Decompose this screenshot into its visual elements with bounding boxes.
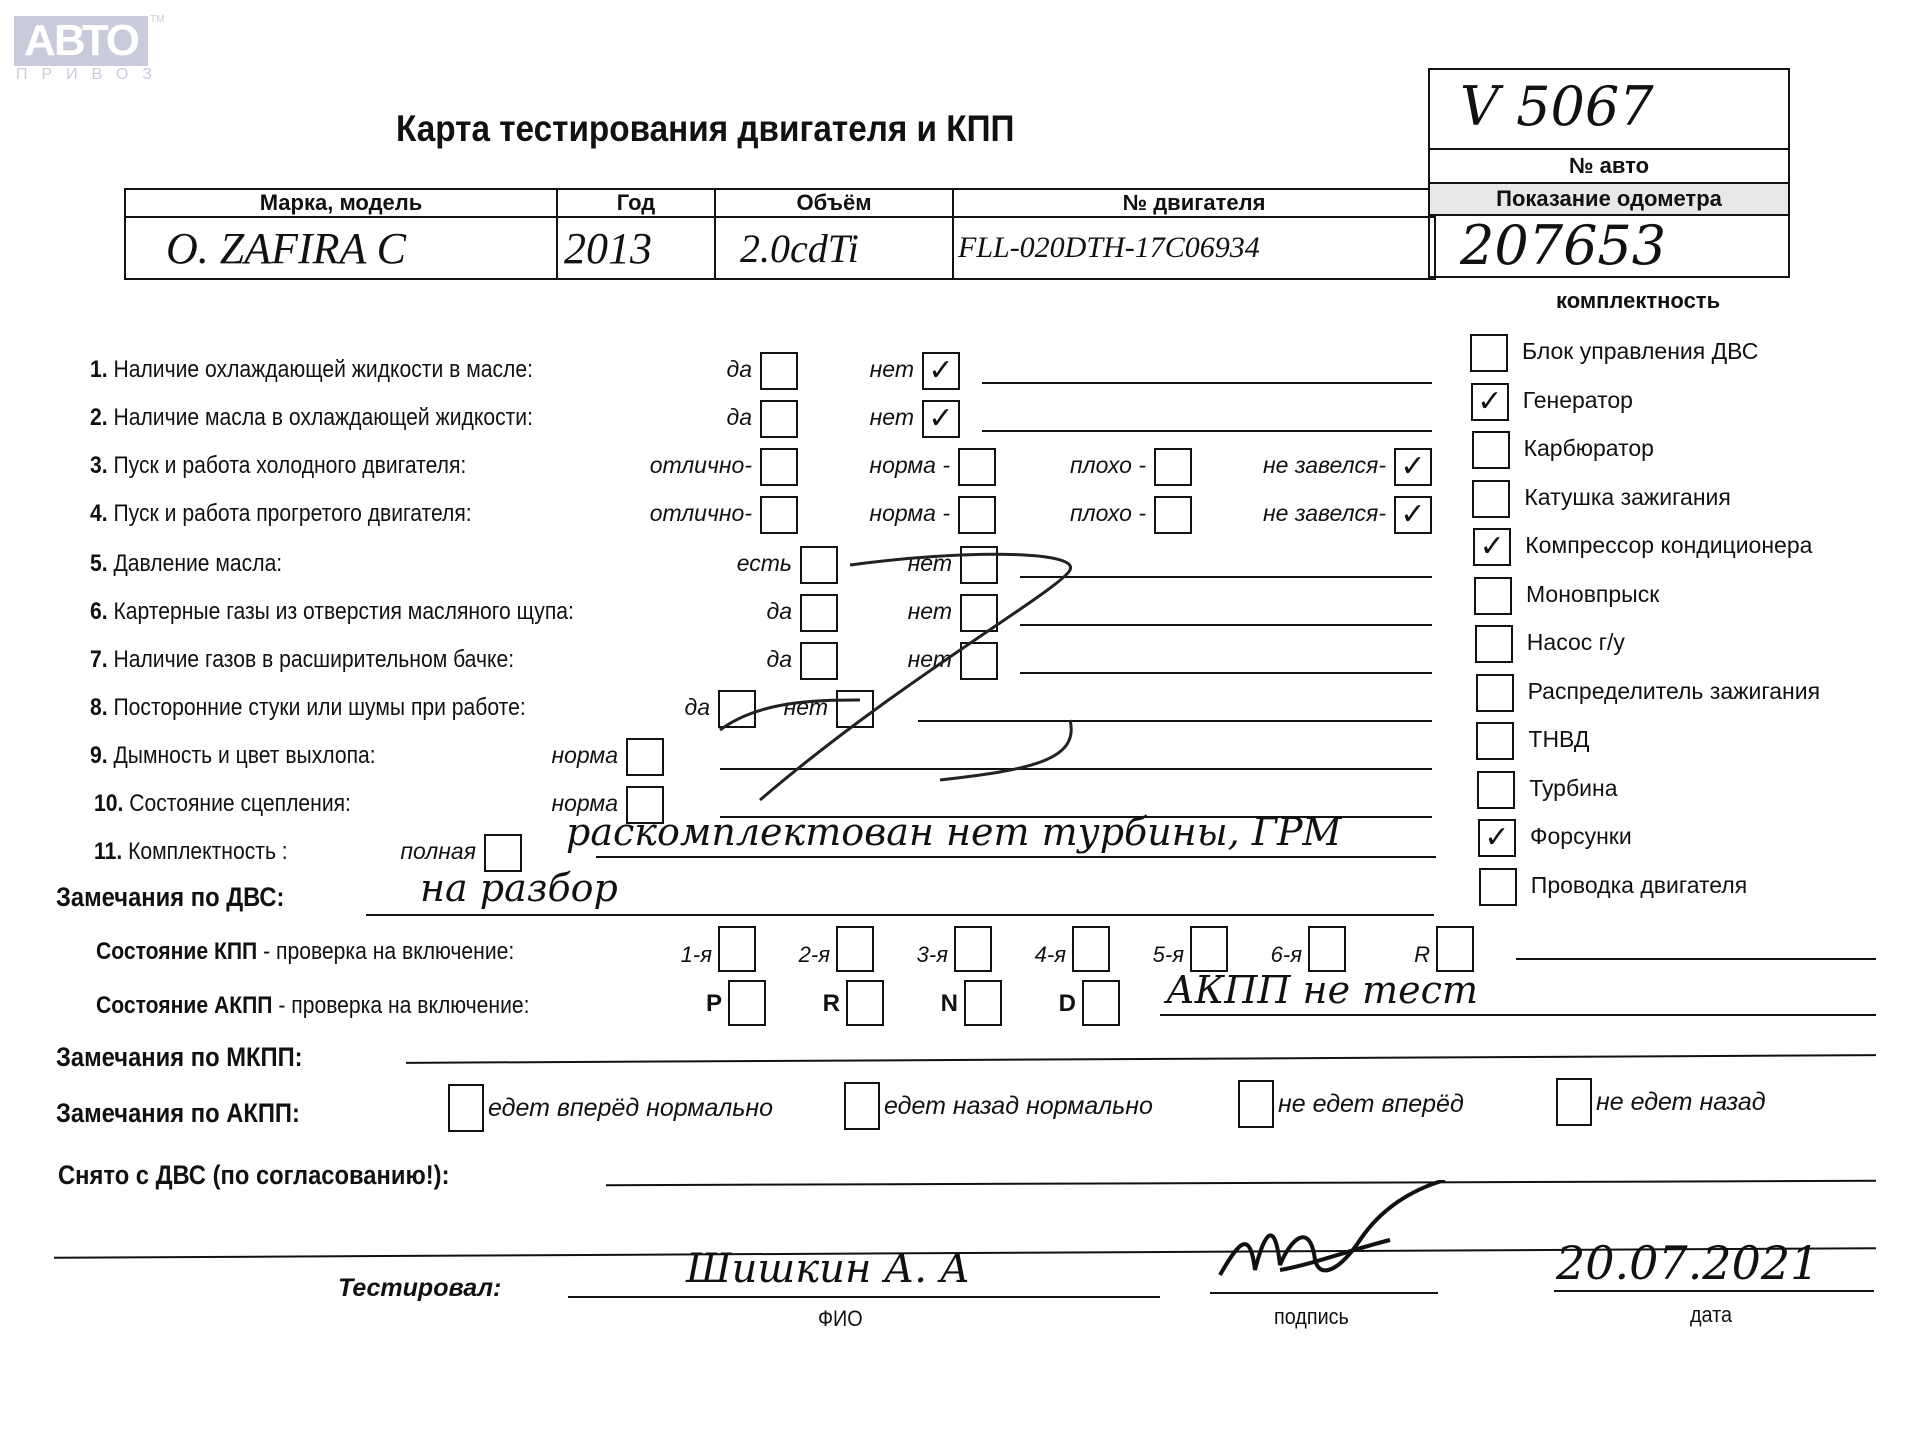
position-checkbox-3[interactable] xyxy=(964,980,1002,1026)
check-label-2: 2. Наличие масла в охлаждающей жидкости: xyxy=(90,404,533,432)
gear-label: 2-я xyxy=(799,942,830,968)
checkbox-1-1[interactable] xyxy=(760,352,798,390)
check-text: Комплектность : xyxy=(128,838,288,865)
make-model-field[interactable]: O. ZAFIRA C xyxy=(125,217,557,279)
signature-line xyxy=(1210,1292,1438,1294)
auto-remark-checkbox-2[interactable] xyxy=(844,1082,880,1130)
checkbox-4-4[interactable]: ✓ xyxy=(1394,496,1432,534)
position-checkbox-2[interactable] xyxy=(846,980,884,1026)
gear-checkbox-4[interactable] xyxy=(1072,926,1110,972)
auto-gearbox-label: Состояние АКПП - проверка на включение: xyxy=(96,992,529,1020)
completeness-item-label: Генератор xyxy=(1523,387,1633,414)
manual-gearbox-label: Состояние КПП - проверка на включение: xyxy=(96,938,514,966)
engine-remarks-label: Замечания по ДВС: xyxy=(56,882,284,913)
option-label: нет xyxy=(870,356,914,383)
gear-label: 4-я xyxy=(1035,942,1066,968)
gear-label: 6-я xyxy=(1271,942,1302,968)
completeness-checkbox-2[interactable]: ✓ xyxy=(1471,383,1509,421)
option-label: плохо - xyxy=(1070,452,1146,479)
completeness-item-label: Насос г/у xyxy=(1527,629,1625,656)
gear-label: 1-я xyxy=(681,942,712,968)
car-number-field[interactable]: V 5067 xyxy=(1430,70,1788,150)
completeness-item-label: Катушка зажигания xyxy=(1524,484,1730,511)
manual-remarks-line[interactable] xyxy=(406,1054,1876,1064)
check-text: Давление масла: xyxy=(113,550,282,577)
completeness-checkbox-3[interactable] xyxy=(1472,431,1510,469)
option-label: не завелся- xyxy=(1263,500,1386,527)
completeness-note-line xyxy=(596,856,1436,858)
completeness-item-label: Форсунки xyxy=(1530,823,1632,850)
checkbox-3-1[interactable] xyxy=(760,448,798,486)
option-label: нет xyxy=(870,404,914,431)
completeness-checkbox-11[interactable]: ✓ xyxy=(1478,819,1516,857)
option-label: да xyxy=(726,404,752,431)
odometer-label: Показание одометра xyxy=(1430,184,1788,216)
check-number: 9. xyxy=(90,742,113,769)
removed-label: Снято с ДВС (по согласованию!): xyxy=(58,1160,450,1191)
checkbox-3-4[interactable]: ✓ xyxy=(1394,448,1432,486)
completeness-item-label: ТНВД xyxy=(1528,726,1589,753)
auto-remark-label: не едет назад xyxy=(1596,1088,1766,1117)
header-make-model: Марка, модель xyxy=(125,189,557,217)
completeness-checkbox-9[interactable] xyxy=(1476,722,1514,760)
manual-gearbox-line xyxy=(1516,958,1876,960)
year-field[interactable]: 2013 xyxy=(557,217,715,279)
page-title: Карта тестирования двигателя и КПП xyxy=(396,108,1014,150)
option-label: отлично- xyxy=(650,452,752,479)
engine-remarks-line xyxy=(366,914,1434,916)
check-number: 7. xyxy=(90,646,113,673)
date-field[interactable]: 20.07.2021 xyxy=(1556,1236,1819,1290)
completeness-checkbox-5[interactable]: ✓ xyxy=(1473,528,1511,566)
check-label-7: 7. Наличие газов в расширительном бачке: xyxy=(90,646,514,674)
check-text: Наличие охлаждающей жидкости в масле: xyxy=(113,356,532,383)
auto-gearbox-line xyxy=(1160,1014,1876,1016)
signature-caption: подпись xyxy=(1274,1304,1349,1330)
check-number: 6. xyxy=(90,598,113,625)
gear-label: 3-я xyxy=(917,942,948,968)
strike-through-scribble xyxy=(700,540,1100,820)
option-label: отлично- xyxy=(650,500,752,527)
check-number: 1. xyxy=(90,356,113,383)
odometer-field[interactable]: 207653 xyxy=(1430,216,1788,276)
car-number-label: № авто xyxy=(1430,150,1788,184)
completeness-item-label: Проводка двигателя xyxy=(1531,872,1747,899)
check-number: 10. xyxy=(94,790,129,817)
completeness-checkbox-7[interactable] xyxy=(1475,625,1513,663)
check-text: Наличие газов в расширительном бачке: xyxy=(113,646,514,673)
check-label-10: 10. Состояние сцепления: xyxy=(94,790,351,818)
check-label-8: 8. Посторонние стуки или шумы при работе… xyxy=(90,694,526,722)
position-label: D xyxy=(1059,990,1076,1018)
position-label: N xyxy=(941,990,958,1018)
vehicle-info-table: Марка, модель Год Объём № двигателя O. Z… xyxy=(124,188,1436,280)
check-text: Пуск и работа прогретого двигателя: xyxy=(113,500,471,527)
logo-subtitle: ПРИВОЗ xyxy=(16,66,166,84)
position-label: R xyxy=(823,990,840,1018)
check-label-11: 11. Комплектность : xyxy=(94,838,288,866)
auto-gearbox-note[interactable]: АКПП не тест xyxy=(1166,968,1478,1012)
gear-checkbox-1[interactable] xyxy=(718,926,756,972)
engine-number-field[interactable]: FLL-020DTH-17C06934 xyxy=(953,217,1435,279)
option-label: полная xyxy=(400,838,476,865)
option-label: плохо - xyxy=(1070,500,1146,527)
check-label-5: 5. Давление масла: xyxy=(90,550,282,578)
check-number: 2. xyxy=(90,404,113,431)
date-caption: дата xyxy=(1690,1302,1732,1328)
check-number: 3. xyxy=(90,452,113,479)
check-label-4: 4. Пуск и работа прогретого двигателя: xyxy=(90,500,472,528)
header-engine-number: № двигателя xyxy=(953,189,1435,217)
check-label-9: 9. Дымность и цвет выхлопа: xyxy=(90,742,376,770)
auto-remark-label: едет вперёд нормально xyxy=(488,1094,773,1123)
completeness-checkbox-8[interactable] xyxy=(1476,674,1514,712)
manual-remarks-label: Замечания по МКПП: xyxy=(56,1042,303,1073)
completeness-item-label: Компрессор кондиционера xyxy=(1525,532,1812,559)
tester-name-field[interactable]: Шишкин А. А xyxy=(686,1246,970,1292)
completeness-checkbox-12[interactable] xyxy=(1479,868,1517,906)
check-text: Пуск и работа холодного двигателя: xyxy=(113,452,466,479)
option-label: да xyxy=(726,356,752,383)
signature-icon xyxy=(1210,1180,1450,1310)
completeness-item-label: Моновпрыск xyxy=(1526,581,1659,608)
gear-label: 5-я xyxy=(1153,942,1184,968)
auto-remark-label: не едет вперёд xyxy=(1278,1090,1464,1119)
check-text: Дымность и цвет выхлопа: xyxy=(113,742,375,769)
auto-remark-checkbox-3[interactable] xyxy=(1238,1080,1274,1128)
name-line xyxy=(568,1296,1160,1298)
completeness-item-label: Турбина xyxy=(1529,775,1617,802)
gear-checkbox-3[interactable] xyxy=(954,926,992,972)
name-caption: ФИО xyxy=(818,1306,863,1332)
completeness-title: комплектность xyxy=(1556,288,1720,314)
answer-line-1[interactable] xyxy=(982,382,1432,384)
check-number: 8. xyxy=(90,694,113,721)
checkbox-4-1[interactable] xyxy=(760,496,798,534)
completeness-item-label: Распределитель зажигания xyxy=(1528,678,1820,705)
completeness-checkbox-6[interactable] xyxy=(1474,577,1512,615)
auto-remark-checkbox-1[interactable] xyxy=(448,1084,484,1132)
completeness-item-label: Карбюратор xyxy=(1524,435,1654,462)
date-line xyxy=(1554,1290,1874,1292)
logo-trademark: TM xyxy=(150,14,164,25)
option-label: норма - xyxy=(869,500,950,527)
option-label: норма - xyxy=(869,452,950,479)
check-number: 4. xyxy=(90,500,113,527)
check-number: 11. xyxy=(94,838,128,865)
checkbox-3-2[interactable] xyxy=(958,448,996,486)
check-label-1: 1. Наличие охлаждающей жидкости в масле: xyxy=(90,356,533,384)
completeness-checkbox-1[interactable] xyxy=(1470,334,1508,372)
engine-remarks-field[interactable]: на разбор xyxy=(420,866,618,910)
option-label: норма xyxy=(551,742,618,769)
check-text: Картерные газы из отверстия масляного щу… xyxy=(113,598,573,625)
answer-line-2[interactable] xyxy=(982,430,1432,432)
check-text: Посторонние стуки или шумы при работе: xyxy=(113,694,525,721)
checkbox-2-2[interactable]: ✓ xyxy=(922,400,960,438)
manual-gearbox-label-bold: Состояние КПП xyxy=(96,938,257,965)
completeness-checkbox-10[interactable] xyxy=(1477,771,1515,809)
vehicle-number-box: V 5067 № авто Показание одометра 207653 xyxy=(1428,68,1790,278)
gear-checkbox-2[interactable] xyxy=(836,926,874,972)
completeness-checkbox-4[interactable] xyxy=(1472,480,1510,518)
auto-gearbox-label-rest: - проверка на включение: xyxy=(272,992,529,1019)
header-year: Год xyxy=(557,189,715,217)
check-number: 5. xyxy=(90,550,113,577)
checkbox-4-2[interactable] xyxy=(958,496,996,534)
position-checkbox-1[interactable] xyxy=(728,980,766,1026)
manual-gearbox-label-rest: - проверка на включение: xyxy=(257,938,514,965)
tested-by-label: Тестировал: xyxy=(338,1274,501,1303)
position-checkbox-4[interactable] xyxy=(1082,980,1120,1026)
check-label-3: 3. Пуск и работа холодного двигателя: xyxy=(90,452,466,480)
checkbox-1-2[interactable]: ✓ xyxy=(922,352,960,390)
checkbox-2-1[interactable] xyxy=(760,400,798,438)
option-label: не завелся- xyxy=(1263,452,1386,479)
gear-label: R xyxy=(1414,942,1430,968)
check-text: Состояние сцепления: xyxy=(129,790,351,817)
completeness-item-label: Блок управления ДВС xyxy=(1522,338,1758,365)
check-label-6: 6. Картерные газы из отверстия масляного… xyxy=(90,598,574,626)
gear-checkbox-6[interactable] xyxy=(1308,926,1346,972)
checkbox-3-3[interactable] xyxy=(1154,448,1192,486)
position-label: P xyxy=(706,990,722,1018)
auto-remarks-label: Замечания по АКПП: xyxy=(56,1098,300,1129)
auto-remark-label: едет назад нормально xyxy=(884,1092,1153,1121)
gear-checkbox-7[interactable] xyxy=(1436,926,1474,972)
checkbox-9-1[interactable] xyxy=(626,738,664,776)
check-text: Наличие масла в охлаждающей жидкости: xyxy=(113,404,532,431)
auto-gearbox-label-bold: Состояние АКПП xyxy=(96,992,272,1019)
avtoprivoz-logo: АВТО xyxy=(14,16,148,66)
gear-checkbox-5[interactable] xyxy=(1190,926,1228,972)
checkbox-4-3[interactable] xyxy=(1154,496,1192,534)
volume-field[interactable]: 2.0cdTi xyxy=(715,217,953,279)
auto-remark-checkbox-4[interactable] xyxy=(1556,1078,1592,1126)
header-volume: Объём xyxy=(715,189,953,217)
